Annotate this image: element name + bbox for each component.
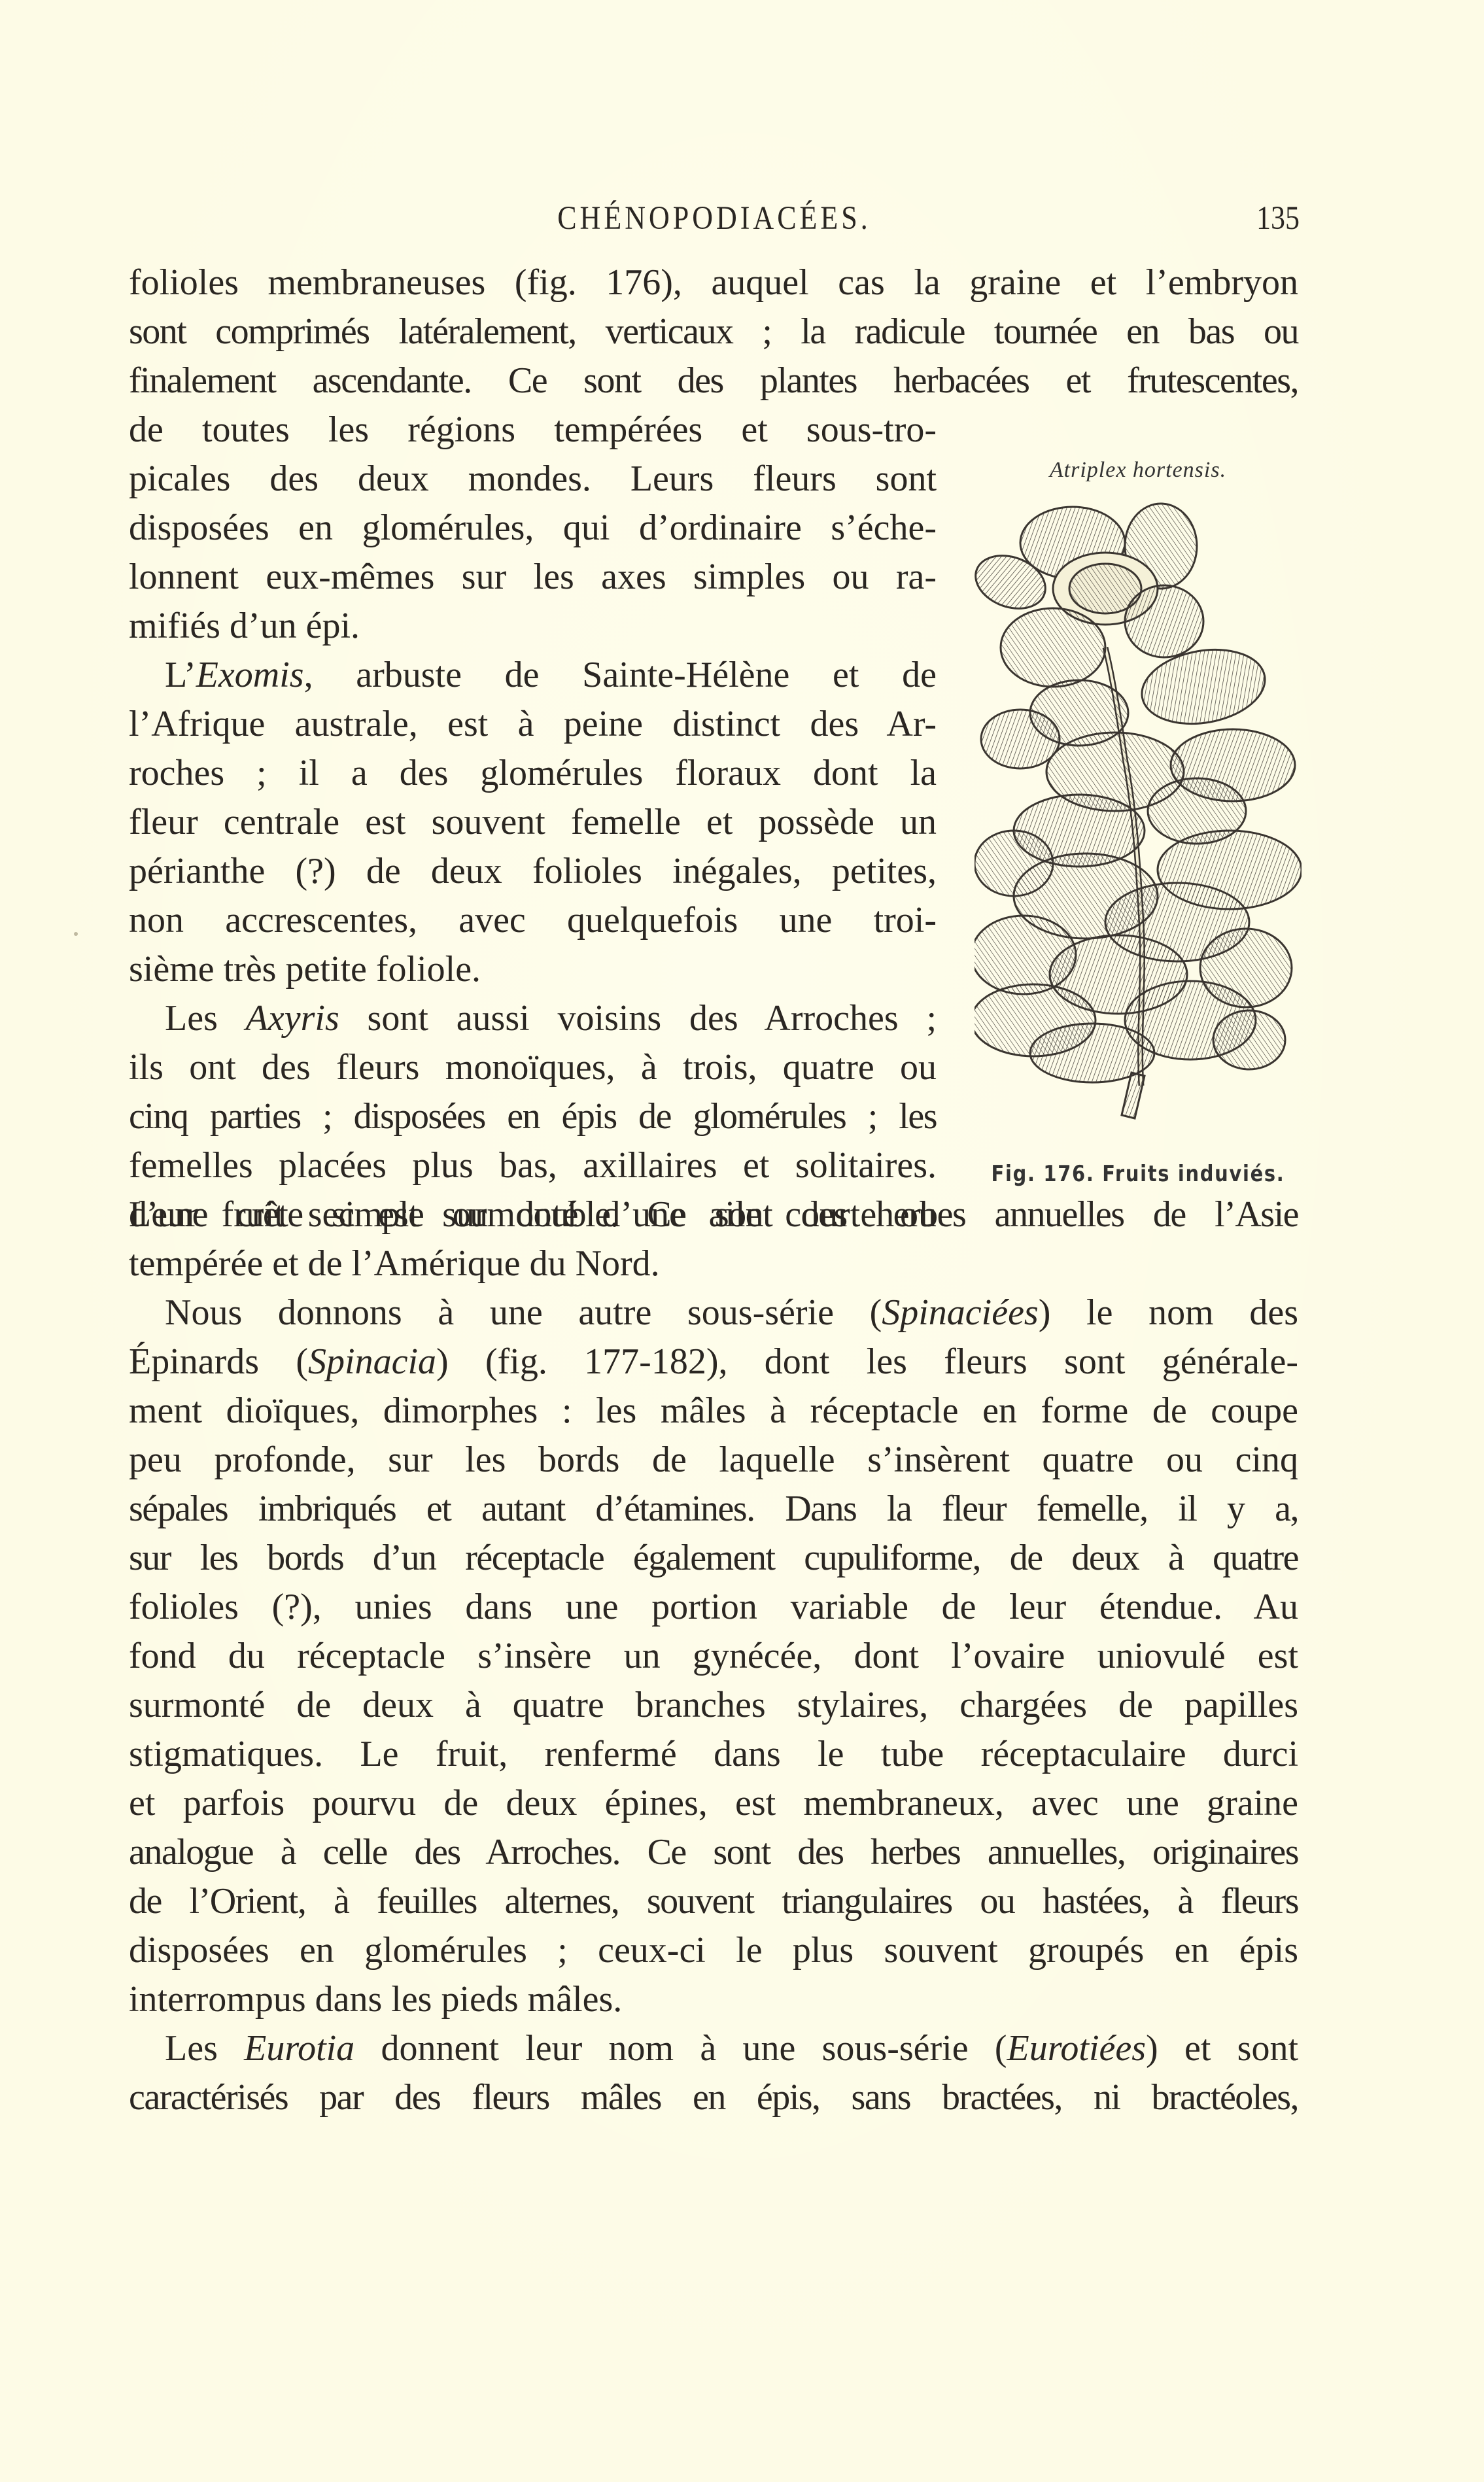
narrow-column: de toutes les régions tempérées et sous-…: [129, 405, 937, 1239]
text-line: folioles membraneuses (fig. 176), auquel…: [129, 258, 1298, 307]
text-line: sépales imbriqués et autant d’étamines. …: [129, 1485, 1298, 1534]
genus-name: Axyris: [246, 998, 339, 1039]
text-line: sur les bords d’un réceptacle également …: [129, 1534, 1298, 1583]
text-line: disposées en glomérules ; ceux-ci le plu…: [129, 1926, 1298, 1975]
genus-name: Spinacia: [308, 1341, 436, 1382]
text-line: picales des deux mondes. Leurs fleurs so…: [129, 455, 937, 504]
figure-176: Atriplex hortensis.: [961, 451, 1315, 1203]
text-line: périanthe (?) de deux folioles inégales,…: [129, 847, 937, 896]
text-line: ment dioïques, dimorphes : les mâles à r…: [129, 1387, 1298, 1436]
atriplex-hortensis-illustration-icon: [975, 497, 1302, 1125]
running-head: CHÉNOPODIACÉES. 135: [129, 196, 1300, 235]
text-line: non accrescentes, avec quelquefois une t…: [129, 896, 937, 945]
text-line: cinq parties ; disposées en épis de glom…: [129, 1092, 937, 1141]
text-line: l’Afrique australe, est à peine distinct…: [129, 700, 937, 749]
text-line: caractérisés par des fleurs mâles en épi…: [129, 2073, 1298, 2122]
text-line: interrompus dans les pieds mâles.: [129, 1975, 1298, 2024]
text-line: mifiés d’un épi.: [129, 602, 937, 651]
text-line: roches ; il a des glomérules floraux don…: [129, 749, 937, 798]
paragraph-exomis: L’Exomis, arbuste de Sainte-Hélène et de: [129, 651, 937, 700]
text-line: fleur centrale est souvent femelle et po…: [129, 798, 937, 847]
genus-name: Eurotia: [244, 2028, 354, 2069]
text-line: et parfois pourvu de deux épines, est me…: [129, 1779, 1298, 1828]
main-text-continued: d’une crête simple ou double. Ce sont de…: [129, 1190, 1298, 2122]
text-line: Épinards (Spinacia) (fig. 177-182), dont…: [129, 1337, 1298, 1387]
text-line: lonnent eux-mêmes sur les axes simples o…: [129, 553, 937, 602]
page-number: 135: [1256, 199, 1300, 237]
paragraph-eurotia: Les Eurotia donnent leur nom à une sous-…: [129, 2024, 1298, 2073]
text-line: analogue à celle des Arroches. Ce sont d…: [129, 1828, 1298, 1877]
ink-speck: [74, 932, 78, 936]
text-line: surmonté de deux à quatre branches styla…: [129, 1681, 1298, 1730]
text-line: de l’Orient, à feuilles alternes, souven…: [129, 1877, 1298, 1926]
text-line: disposées en glomérules, qui d’ordinaire…: [129, 504, 937, 553]
text-line: peu profonde, sur les bords de laquelle …: [129, 1436, 1298, 1485]
paragraph-axyris: Les Axyris sont aussi voisins des Arroch…: [129, 994, 937, 1043]
figure-title: Atriplex hortensis.: [961, 458, 1315, 483]
text-line: d’une crête simple ou double. Ce sont de…: [129, 1190, 1298, 1239]
paragraph-continuation: folioles membraneuses (fig. 176), auquel…: [129, 258, 1298, 405]
genus-name: Exomis: [196, 655, 304, 695]
subseries-name: Eurotiées: [1007, 2028, 1146, 2069]
subseries-name: Spinaciées: [882, 1292, 1038, 1333]
text-line: tempérée et de l’Amérique du Nord.: [129, 1239, 1298, 1288]
text-line: finalement ascendante. Ce sont des plant…: [129, 356, 1298, 405]
text-line: femelles placées plus bas, axillaires et…: [129, 1141, 937, 1190]
text-line: de toutes les régions tempérées et sous-…: [129, 405, 937, 455]
text-line: folioles (?), unies dans une portion var…: [129, 1583, 1298, 1632]
text-line: stigmatiques. Le fruit, renfermé dans le…: [129, 1730, 1298, 1779]
text-line: ils ont des fleurs monoïques, à trois, q…: [129, 1043, 937, 1092]
figure-caption: Fig. 176. Fruits induviés.: [988, 1161, 1288, 1187]
text-line: sième très petite foliole.: [129, 945, 937, 994]
text-line: sont comprimés latéralement, verticaux ;…: [129, 307, 1298, 356]
paragraph-spinaciees: Nous donnons à une autre sous-série (Spi…: [129, 1288, 1298, 1337]
text-line: fond du réceptacle s’insère un gynécée, …: [129, 1632, 1298, 1681]
running-title: CHÉNOPODIACÉES.: [129, 199, 1300, 237]
